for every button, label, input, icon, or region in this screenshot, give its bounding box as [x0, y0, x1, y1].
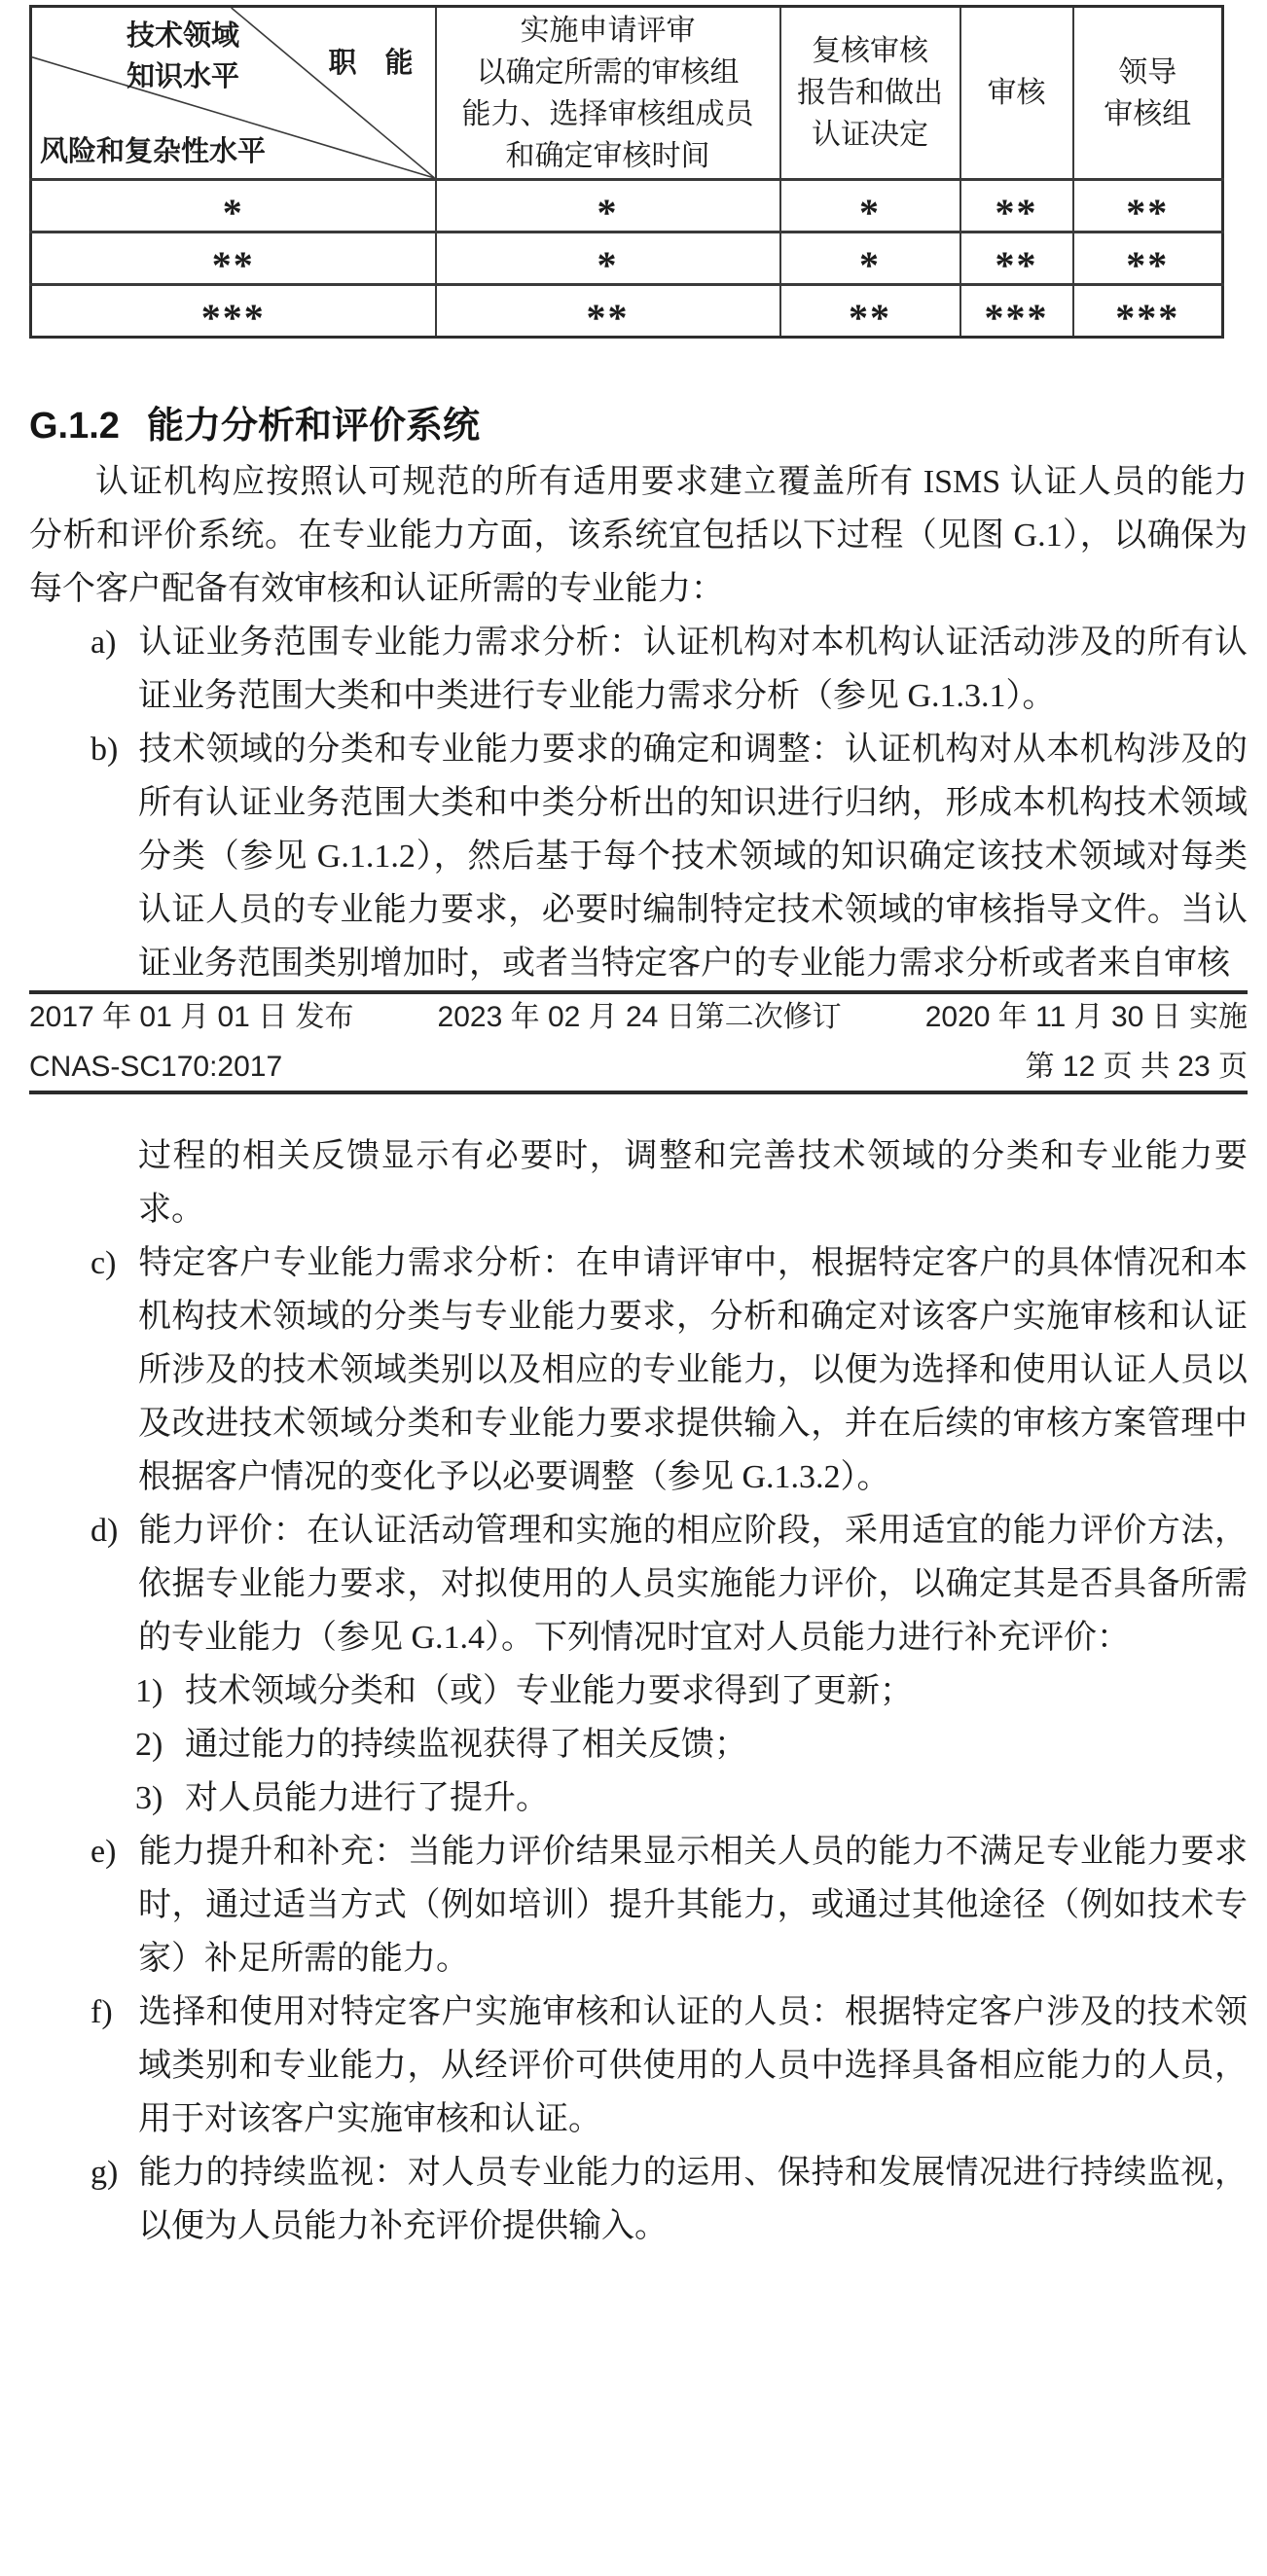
table-cell: **	[1073, 233, 1223, 285]
list-item-b: b)技术领域的分类和专业能力要求的确定和调整：认证机构对从本机构涉及的所有认证业…	[138, 723, 1248, 990]
table-cell: *	[436, 180, 780, 233]
footer-docnum-line: CNAS-SC170:2017 第 12 页 共 23 页	[29, 1051, 1248, 1084]
table-row: * * * ** **	[31, 180, 1223, 233]
sub-item-2: 2)通过能力的持续监视获得了相关反馈；	[185, 1718, 1248, 1771]
table-corner-cell: 技术领域 知识水平 职 能 风险和复杂性水平	[31, 7, 436, 180]
list-item-d: d)能力评价：在认证活动管理和实施的相应阶段，采用适宜的能力评价方法，依据专业能…	[138, 1504, 1248, 1664]
continuation-line: 过程的相关反馈显示有必要时，调整和完善技术领域的分类和专业能力要求。	[138, 1129, 1248, 1236]
sub-item-3: 3)对人员能力进行了提升。	[185, 1771, 1248, 1825]
footer-dates-line: 2017 年 01 月 01 日 发布 2023 年 02 月 24 日第二次修…	[29, 1001, 1248, 1034]
table-header-row: 技术领域 知识水平 职 能 风险和复杂性水平 实施申请评审 以确定所需的审核组 …	[31, 7, 1223, 180]
table-cell: **	[1073, 180, 1223, 233]
list-item-c: c)特定客户专业能力需求分析：在申请评审中，根据特定客户的具体情况和本机构技术领…	[138, 1236, 1248, 1504]
release-date: 2017 年 01 月 01 日 发布	[29, 1001, 354, 1034]
list-item-label: d)	[90, 1504, 138, 1557]
sub-item-label: 2)	[135, 1718, 185, 1771]
list-item-g: g)能力的持续监视：对人员专业能力的运用、保持和发展情况进行持续监视，以便为人员…	[138, 2146, 1248, 2253]
header-cell-report-review: 复核审核 报告和做出 认证决定	[780, 7, 960, 180]
table-cell: **	[960, 180, 1073, 233]
table-cell: ***	[960, 285, 1073, 338]
list-item-text: 能力评价：在认证活动管理和实施的相应阶段，采用适宜的能力评价方法，依据专业能力要…	[138, 1513, 1248, 1656]
list-item-text: 能力提升和补充：当能力评价结果显示相关人员的能力不满足专业能力要求时，通过适当方…	[138, 1834, 1248, 1977]
sub-item-1: 1)技术领域分类和（或）专业能力要求得到了更新；	[185, 1664, 1248, 1718]
page-footer: 2017 年 01 月 01 日 发布 2023 年 02 月 24 日第二次修…	[29, 990, 1248, 1094]
competence-requirements-table: 技术领域 知识水平 职 能 风险和复杂性水平 实施申请评审 以确定所需的审核组 …	[29, 5, 1224, 339]
list-item-text: 选择和使用对特定客户实施审核和认证的人员：根据特定客户涉及的技术领域类别和专业能…	[138, 1994, 1248, 2137]
list-item-label: f)	[90, 1986, 138, 2039]
table-cell: *	[31, 180, 436, 233]
footer-top-rule	[29, 990, 1248, 994]
table-cell: **	[960, 233, 1073, 285]
revision-date: 2023 年 02 月 24 日第二次修订	[438, 1001, 842, 1034]
list-item-a: a)认证业务范围专业能力需求分析：认证机构对本机构认证活动涉及的所有认证业务范围…	[138, 616, 1248, 723]
list-item-label: b)	[90, 723, 138, 776]
list-item-e: e)能力提升和补充：当能力评价结果显示相关人员的能力不满足专业能力要求时，通过适…	[138, 1825, 1248, 1986]
list-item-f: f)选择和使用对特定客户实施审核和认证的人员：根据特定客户涉及的技术领域类别和专…	[138, 1986, 1248, 2146]
list-item-label: g)	[90, 2146, 138, 2200]
corner-label-knowledge: 技术领域 知识水平	[92, 16, 273, 97]
header-cell-lead-audit-team: 领导 审核组	[1073, 7, 1223, 180]
list-item-text: 认证业务范围专业能力需求分析：认证机构对本机构认证活动涉及的所有认证业务范围大类…	[138, 625, 1248, 714]
footer-bottom-rule	[29, 1091, 1248, 1094]
list-item-label: c)	[90, 1236, 138, 1290]
sub-item-label: 3)	[135, 1771, 185, 1825]
table-cell: *	[780, 233, 960, 285]
header-cell-audit: 审核	[960, 7, 1073, 180]
table-cell: **	[436, 285, 780, 338]
document-page: 技术领域 知识水平 职 能 风险和复杂性水平 实施申请评审 以确定所需的审核组 …	[0, 0, 1267, 2253]
list-item-label: a)	[90, 616, 138, 669]
corner-label-risk: 风险和复杂性水平	[40, 131, 266, 172]
corner-label-function: 职 能	[328, 43, 413, 84]
section-number: G.1.2	[29, 406, 120, 447]
table-cell: *	[436, 233, 780, 285]
table-cell: ***	[1073, 285, 1223, 338]
section-title: 能力分析和评价系统	[147, 406, 480, 447]
intro-paragraph: 认证机构应按照认可规范的所有适用要求建立覆盖所有 ISMS 认证人员的能力分析和…	[29, 455, 1248, 616]
implementation-date: 2020 年 11 月 30 日 实施	[925, 1001, 1248, 1034]
list-item-label: e)	[90, 1825, 138, 1878]
sub-item-text: 对人员能力进行了提升。	[185, 1780, 549, 1816]
list-item-text: 特定客户专业能力需求分析：在申请评审中，根据特定客户的具体情况和本机构技术领域的…	[138, 1245, 1248, 1495]
table-cell: **	[31, 233, 436, 285]
page-number: 第 12 页 共 23 页	[1026, 1051, 1248, 1084]
table-cell: *	[780, 180, 960, 233]
table-row: ** * * ** **	[31, 233, 1223, 285]
section-heading: G.1.2能力分析和评价系统	[29, 403, 1248, 449]
sub-item-label: 1)	[135, 1664, 185, 1718]
header-cell-application-review: 实施申请评审 以确定所需的审核组 能力、选择审核组成员 和确定审核时间	[436, 7, 780, 180]
list-item-text: 技术领域的分类和专业能力要求的确定和调整：认证机构对从本机构涉及的所有认证业务范…	[138, 732, 1248, 982]
list-item-text: 能力的持续监视：对人员专业能力的运用、保持和发展情况进行持续监视，以便为人员能力…	[138, 2155, 1248, 2244]
table-row: *** ** ** *** ***	[31, 285, 1223, 338]
table-cell: ***	[31, 285, 436, 338]
sub-item-text: 通过能力的持续监视获得了相关反馈；	[185, 1727, 747, 1763]
document-number: CNAS-SC170:2017	[29, 1051, 282, 1084]
table-cell: **	[780, 285, 960, 338]
sub-item-text: 技术领域分类和（或）专业能力要求得到了更新；	[185, 1673, 913, 1709]
